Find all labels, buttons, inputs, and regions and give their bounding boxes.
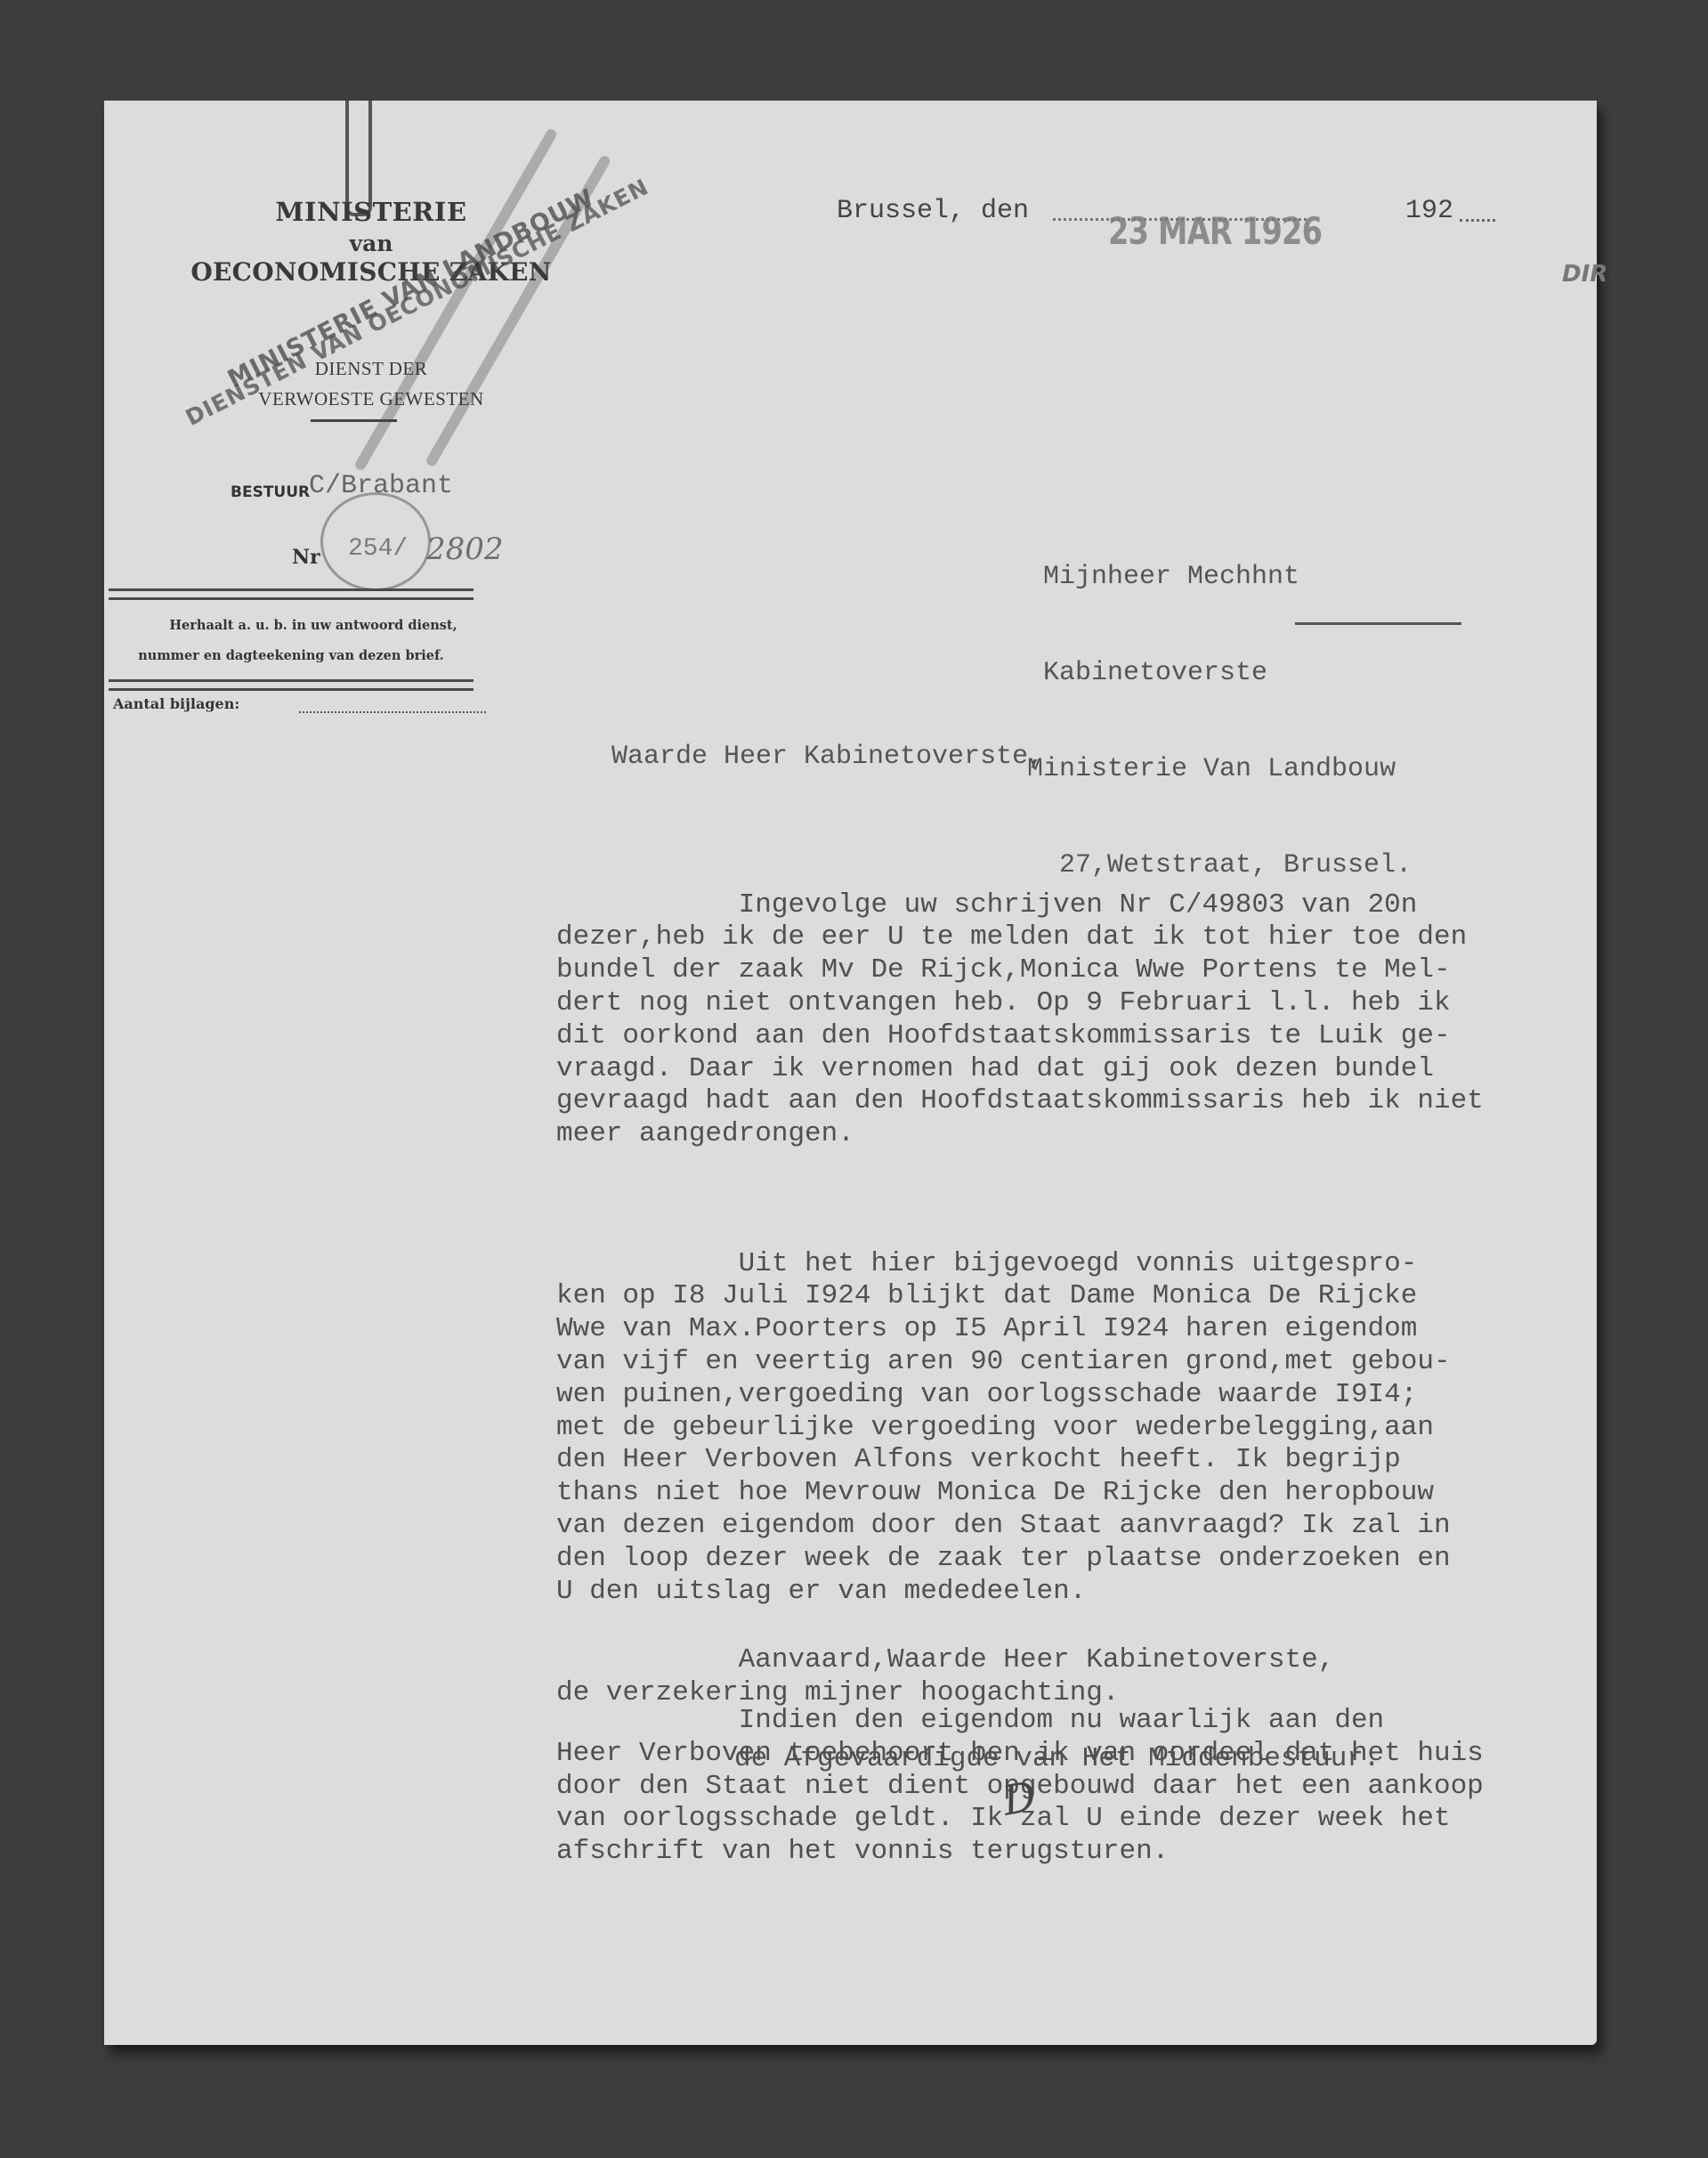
double-rule <box>109 588 474 600</box>
double-rule <box>109 679 474 691</box>
reply-instruction-line-1: Herhaalt a. u. b. in uw antwoord dienst, <box>131 610 496 641</box>
year-blank-line <box>1460 219 1495 222</box>
reference-number-label: Nr <box>292 546 320 569</box>
address-line: Kabinetoverste <box>1027 657 1412 689</box>
reply-instruction-line-2: nummer en dagteekening van dezen brief. <box>109 640 474 671</box>
year-prefix: 192 <box>1405 196 1453 226</box>
address-underline <box>1295 622 1461 625</box>
salutation: Waarde Heer Kabinetoverste, <box>611 742 1044 772</box>
paragraph: Uit het hier bijgevoegd vonnis uitgespro… <box>556 1248 1562 1609</box>
place-date-label: Brussel, den <box>837 196 1029 226</box>
letter-body: Ingevolge uw schrijven Nr C/49803 van 20… <box>556 823 1562 1966</box>
ministry-title: MINISTERIE <box>251 197 491 227</box>
letterhead-divider <box>311 419 397 422</box>
paragraph: Indien den eigendom nu waarlijk aan den … <box>556 1705 1562 1869</box>
paragraph: Ingevolge uw schrijven Nr C/49803 van 20… <box>556 889 1562 1151</box>
address-line: Ministerie Van Landbouw <box>1027 753 1412 785</box>
letter-page: MINISTERIE van OECONOMISCHE ZAKEN DIENST… <box>104 101 1597 2045</box>
closing-formula: Aanvaard,Waarde Heer Kabinetoverste, de … <box>556 1644 1334 1710</box>
reference-number-handwritten: 2802 <box>426 531 504 567</box>
attachments-blank-line <box>299 711 486 713</box>
attachments-label: Aantal bijlagen: <box>113 695 239 712</box>
sign-off: de Afgevaardigde van Het Middenbestuur. <box>734 1743 1380 1774</box>
bestuur-label: BESTUUR <box>231 483 310 501</box>
reference-number-typed: 254/ <box>348 535 408 563</box>
ministry-title-name: OECONOMISCHE ZAKEN <box>149 257 594 287</box>
address-line: Mijnheer Mechhnt <box>1027 561 1412 593</box>
date-stamp: 23 MAR 1926 <box>1108 209 1322 253</box>
edge-stamp: DIR <box>1562 261 1607 288</box>
